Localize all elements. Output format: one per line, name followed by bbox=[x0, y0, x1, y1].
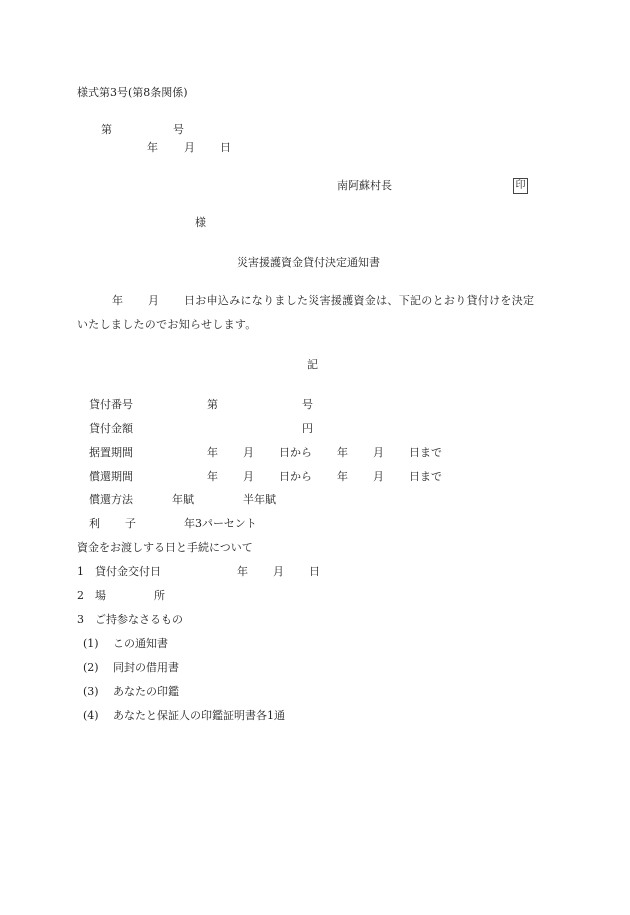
repay-m1: 月 bbox=[243, 470, 254, 484]
grace-d1: 日から bbox=[279, 446, 312, 460]
item3-label: ご持参なさるもの bbox=[95, 613, 183, 627]
repay-y1: 年 bbox=[207, 470, 218, 484]
item1-month: 月 bbox=[273, 565, 284, 579]
subitem-num: (1) bbox=[83, 637, 99, 651]
date-month: 月 bbox=[184, 141, 195, 155]
repay-y2: 年 bbox=[337, 470, 348, 484]
interest-value: 年3パーセント bbox=[184, 517, 257, 531]
subitem-num: (3) bbox=[83, 685, 99, 699]
item3-num: 3 bbox=[77, 613, 84, 627]
intro-month: 月 bbox=[148, 294, 159, 308]
subitem-text: あなたと保証人の印鑑証明書各1通 bbox=[113, 709, 285, 723]
subitem-num: (2) bbox=[83, 661, 99, 675]
item2-num: 2 bbox=[77, 589, 84, 603]
item2-label-b: 所 bbox=[154, 589, 165, 603]
subitem-text: この通知書 bbox=[113, 637, 168, 651]
intro-line2: いたしましたのでお知らせします。 bbox=[77, 318, 257, 332]
doc-number-prefix: 第 bbox=[101, 123, 112, 137]
interest-label-a: 利 bbox=[89, 517, 100, 531]
ki-heading: 記 bbox=[307, 358, 318, 372]
repay-d2: 日まで bbox=[409, 470, 442, 484]
item1-day: 日 bbox=[309, 565, 320, 579]
date-year: 年 bbox=[147, 141, 158, 155]
loan-number-suffix: 号 bbox=[302, 398, 313, 412]
intro-year: 年 bbox=[112, 294, 123, 308]
loan-number-prefix: 第 bbox=[207, 398, 218, 412]
item2-label-a: 場 bbox=[95, 589, 106, 603]
repay-d1: 日から bbox=[279, 470, 312, 484]
procedure-heading: 資金をお渡しする日と手続について bbox=[77, 541, 253, 555]
interest-label-b: 子 bbox=[125, 517, 136, 531]
loan-amount-unit: 円 bbox=[302, 422, 313, 436]
issuer-title: 南阿蘇村長 bbox=[337, 179, 392, 193]
subitem-text: あなたの印鑑 bbox=[113, 685, 179, 699]
subitem-num: (4) bbox=[83, 709, 99, 723]
document-title: 災害援護資金貸付決定通知書 bbox=[237, 256, 380, 270]
repayment-method-semiannual: 半年賦 bbox=[243, 493, 276, 507]
grace-period-label: 据置期間 bbox=[89, 446, 133, 460]
addressee-suffix: 様 bbox=[195, 216, 206, 230]
repay-m2: 月 bbox=[373, 470, 384, 484]
grace-y1: 年 bbox=[207, 446, 218, 460]
doc-number-suffix: 号 bbox=[173, 123, 184, 137]
item1-year: 年 bbox=[237, 565, 248, 579]
date-day: 日 bbox=[220, 141, 231, 155]
intro-line1: 日お申込みになりました災害援護資金は、下記のとおり貸付けを決定 bbox=[184, 294, 534, 308]
grace-m2: 月 bbox=[373, 446, 384, 460]
repayment-method-annual: 年賦 bbox=[172, 493, 194, 507]
item1-num: 1 bbox=[77, 565, 84, 579]
loan-amount-label: 貸付金額 bbox=[89, 422, 133, 436]
subitem-text: 同封の借用書 bbox=[113, 661, 179, 675]
item1-label: 貸付金交付日 bbox=[95, 565, 161, 579]
grace-y2: 年 bbox=[337, 446, 348, 460]
loan-number-label: 貸付番号 bbox=[89, 398, 133, 412]
form-label: 様式第3号(第8条関係) bbox=[77, 86, 188, 100]
repayment-period-label: 償還期間 bbox=[89, 470, 133, 484]
seal-mark: 印 bbox=[513, 178, 528, 194]
grace-d2: 日まで bbox=[409, 446, 442, 460]
repayment-method-label: 償還方法 bbox=[89, 493, 133, 507]
grace-m1: 月 bbox=[243, 446, 254, 460]
